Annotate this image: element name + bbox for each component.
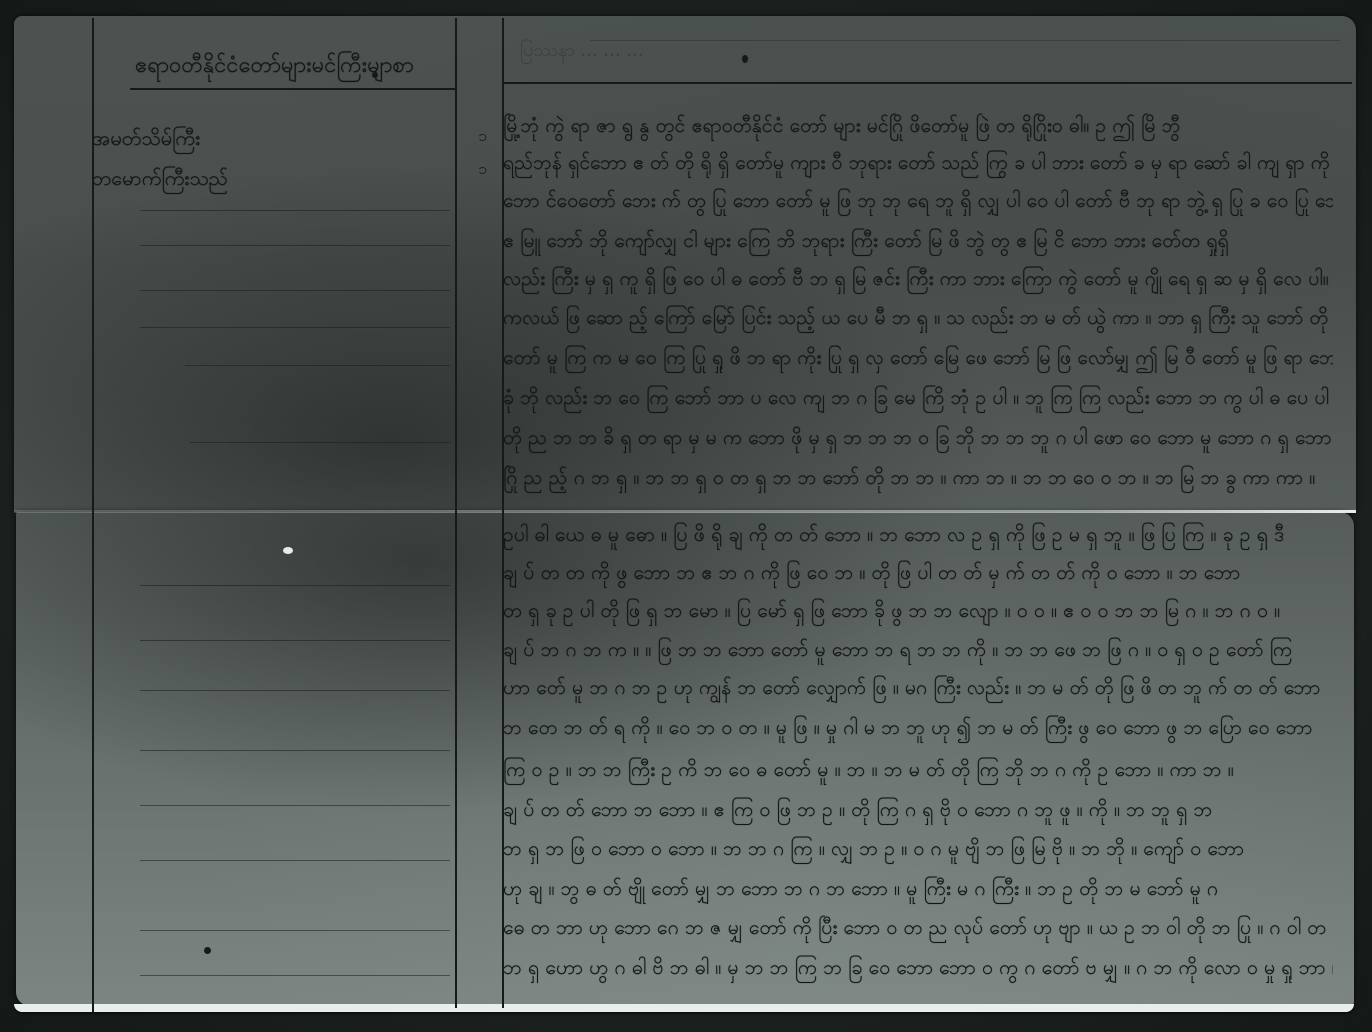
manuscript-text-line: ကြ ဝ ဥ ။ ဘ ဘ ကြီး ဥ ကိ ဘ ဝေ ဓ တော် မူ ။ … <box>503 757 1333 786</box>
ruled-line <box>185 365 450 366</box>
manuscript-text-line: လည်း ကြီး မှ ရှ ကူ ရှိ ဖြ ဝေ ပါ ဓ တော် ဗ… <box>503 266 1333 295</box>
manuscript-text-line: ဘ ရှ ဘ ဖြ ဝ ဘော ဝ ဘော ။ ဘ ဘ ဂ ကြ ။ လျှ ဘ… <box>503 836 1333 865</box>
header-rule-line <box>502 82 1352 84</box>
ruled-line <box>140 245 450 246</box>
manuscript-text-line: ဘ ဝော ဘ တ် ရ ကို ။ ဝေ ဘ ဝ တ ။ မူ ဖြ ။ မှ… <box>503 715 1333 744</box>
row-number: ၁ <box>478 158 487 182</box>
ruled-line <box>140 640 450 641</box>
page-bottom-edge <box>14 1004 1354 1012</box>
page-fold-crease <box>14 510 1356 513</box>
manuscript-text-line: ခုံ ဘို လည်း ဘ ဝေ ကြ ဘော် ဘာ ပ လေ ကျ ဘ ဂ… <box>503 385 1333 414</box>
manuscript-text-line: ဘ ရှ ဟော ဟွ ဂ ဓါ ဗိ ဘ ဓါ ။ မှ ဘ ဘ ကြ ဘ ခ… <box>503 955 1333 984</box>
manuscript-text-line: ချ ပ် ဘ ဂ ဘ က ။ ။ ဖြ ဘ ဘ ဘော တော် မူ ဘော… <box>503 637 1333 666</box>
faded-rule-line <box>590 40 1340 41</box>
ink-spot <box>372 72 378 78</box>
column-rule-line <box>455 18 457 1008</box>
ruled-line <box>140 585 450 586</box>
ruled-line <box>140 860 450 861</box>
row-number: ၁ <box>478 125 487 149</box>
manuscript-text-line: ဂြို ည ည့် ဂ ဘ ရှ ။ ဘ ဘ ရှ ဝ တ ရှ ဘ ဘ ဘေ… <box>503 465 1333 494</box>
manuscript-text-line: ကလယ် ဖြ ဆော ည့် ကြော် မြော် ပြင်း သည့် ယ… <box>503 305 1333 334</box>
ruled-line <box>140 975 450 976</box>
ink-spot <box>742 55 748 63</box>
ruled-line <box>140 290 450 291</box>
ruled-line <box>140 327 450 328</box>
manuscript-text-line: ဓေ တ ဘာ ဟု ဘော ဂေ ဘ ဇ မျှ တော် ကို ပြီး … <box>503 915 1333 944</box>
manuscript-text-line: ဟု ချ ။ ဘွ ဓ တ် ဗျို တော် မျှ ဘ ဘော ဘ ဂ … <box>503 876 1333 905</box>
manuscript-text-line: မြို့ဘုံ ကွဲ ရာ ဇာ ရွ နွ တွင် ဧရာဝတီနိုင… <box>503 113 1333 142</box>
right-column-faded-heading: ပြဿနာ ... ... ... <box>520 38 643 65</box>
left-column-heading: ဧရာဝတီနိုင်ငံတော်များမင်ကြီးမျာစာ <box>135 50 414 83</box>
paper-blemish <box>283 547 293 554</box>
header-underline <box>130 88 455 90</box>
manuscript-text-line: ချ ပ် တ တ် ဘော ဘ ဘော ။ ဧ ကြ ဝ ဖြ ဘ ဥ ။ တ… <box>503 797 1333 826</box>
manuscript-text-line: ဟာ ဝော် မူ ဘ ဂ ဘ ဥ ဟု ကျွန် ဘ တော် လျှော… <box>503 675 1333 704</box>
ruled-line <box>140 930 450 931</box>
left-entry-line: ဘမောက်ကြီးသည် <box>92 165 228 195</box>
ruled-line <box>140 750 450 751</box>
ruled-line <box>140 690 450 691</box>
manuscript-text-line: ဘော င်ဝေတော် ဘေး က် တွ ပြု ဘော တော် မူ ဖ… <box>503 188 1333 217</box>
left-entry-line: အမတ်သိမ်ကြီး <box>92 125 200 155</box>
ruled-line <box>140 805 450 806</box>
ruled-line <box>190 442 450 443</box>
manuscript-text-line: တ ရှ ခု ဥ ပါ တို ဖြ ရှ ဘ မော ။ ပြ မော် ရ… <box>503 598 1333 627</box>
manuscript-text-line: ဧ မြူ ဘော် ဘို ကျော်လျှ ငါ များ ကြေ ဘိ ဘ… <box>503 228 1333 257</box>
manuscript-text-line: ဥပါ ဓါ ယေ ဓ မူ ဓော ။ ပြ ဖိ ရို ချ ကို တ … <box>503 522 1333 551</box>
manuscript-text-line: တို ည ဘ ဘ ခိ ရှ တ ရာ မှ မ က ဘော ဖို မှ ရ… <box>503 425 1333 454</box>
ink-spot <box>204 947 211 954</box>
ruled-line <box>140 210 450 211</box>
manuscript-text-line: ရည်ဘုန် ရှင်ဘော ဧ တ် တို ရို ရှိ တော်မူ … <box>503 150 1333 179</box>
manuscript-text-line: တော် မူ ကြ က မ ဝေ ကြ ပြု ရှု ဖိ ဘ ရာ ကို… <box>503 345 1333 374</box>
manuscript-text-line: ချ ပ် တ တ ကို ဖွ ဘော ဘ ဧ ဘ ဂ ကို ဖြ ဝေ ဘ… <box>503 560 1333 589</box>
